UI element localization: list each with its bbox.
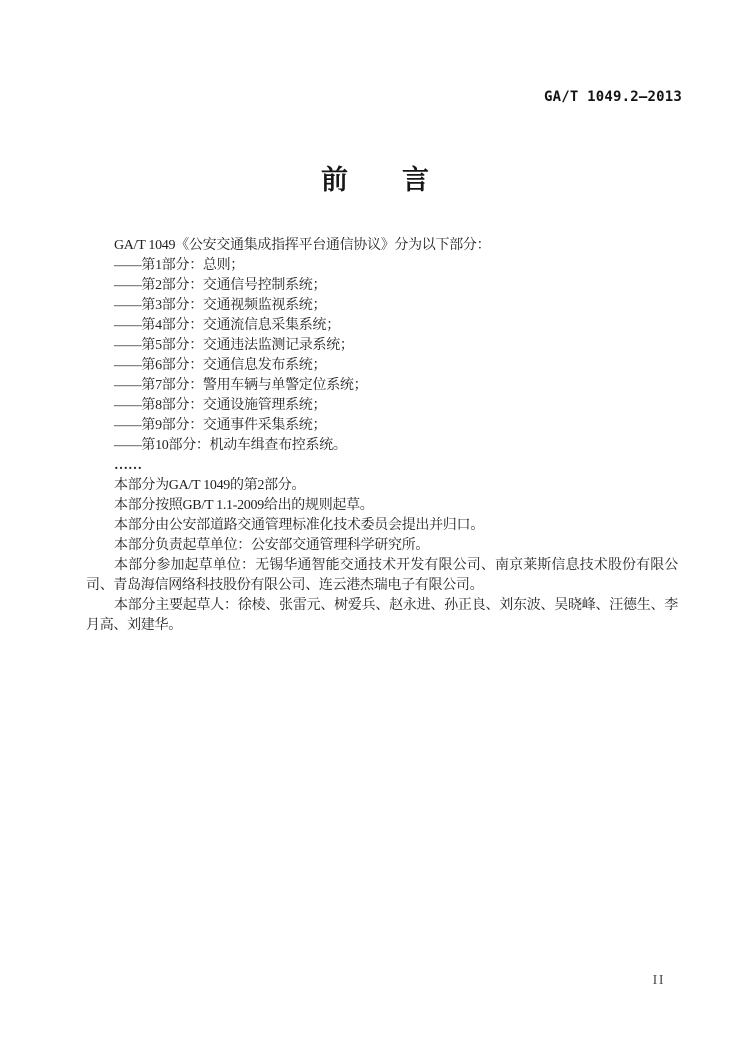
part-item-7: ——第7部分：警用车辆与单警定位系统； bbox=[86, 376, 678, 396]
body-paragraph-3: 本部分由公安部道路交通管理标准化技术委员会提出并归口。 bbox=[86, 516, 678, 536]
part-item-3: ——第3部分：交通视频监视系统； bbox=[86, 296, 678, 316]
document-page: GA/T 1049.2—2013 前 言 GA/T 1049《公安交通集成指挥平… bbox=[0, 0, 750, 1060]
part-item-9: ——第9部分：交通事件采集系统； bbox=[86, 416, 678, 436]
part-item-4: ——第4部分：交通流信息采集系统； bbox=[86, 316, 678, 336]
ellipsis-line: …… bbox=[86, 456, 678, 476]
body-paragraph-6: 本部分主要起草人：徐棱、张雷元、树爱兵、赵永进、孙正良、刘东波、吴晓峰、汪德生、… bbox=[86, 596, 678, 636]
part-item-6: ——第6部分：交通信息发布系统； bbox=[86, 356, 678, 376]
part-item-5: ——第5部分：交通违法监测记录系统； bbox=[86, 336, 678, 356]
part-item-10: ——第10部分：机动车缉查布控系统。 bbox=[86, 436, 678, 456]
foreword-intro: GA/T 1049《公安交通集成指挥平台通信协议》分为以下部分： bbox=[86, 236, 678, 256]
body-paragraph-5: 本部分参加起草单位：无锡华通智能交通技术开发有限公司、南京莱斯信息技术股份有限公… bbox=[86, 556, 678, 596]
foreword-title: 前 言 bbox=[0, 164, 750, 196]
body-paragraph-2: 本部分按照GB/T 1.1-2009给出的规则起草。 bbox=[86, 496, 678, 516]
standard-code: GA/T 1049.2—2013 bbox=[544, 89, 682, 105]
part-item-1: ——第1部分：总则； bbox=[86, 256, 678, 276]
page-number: II bbox=[653, 973, 665, 989]
body-paragraph-1: 本部分为GA/T 1049的第2部分。 bbox=[86, 476, 678, 496]
foreword-body: GA/T 1049《公安交通集成指挥平台通信协议》分为以下部分： ——第1部分：… bbox=[86, 236, 678, 636]
part-item-8: ——第8部分：交通设施管理系统； bbox=[86, 396, 678, 416]
body-paragraph-4: 本部分负责起草单位：公安部交通管理科学研究所。 bbox=[86, 536, 678, 556]
part-item-2: ——第2部分：交通信号控制系统； bbox=[86, 276, 678, 296]
